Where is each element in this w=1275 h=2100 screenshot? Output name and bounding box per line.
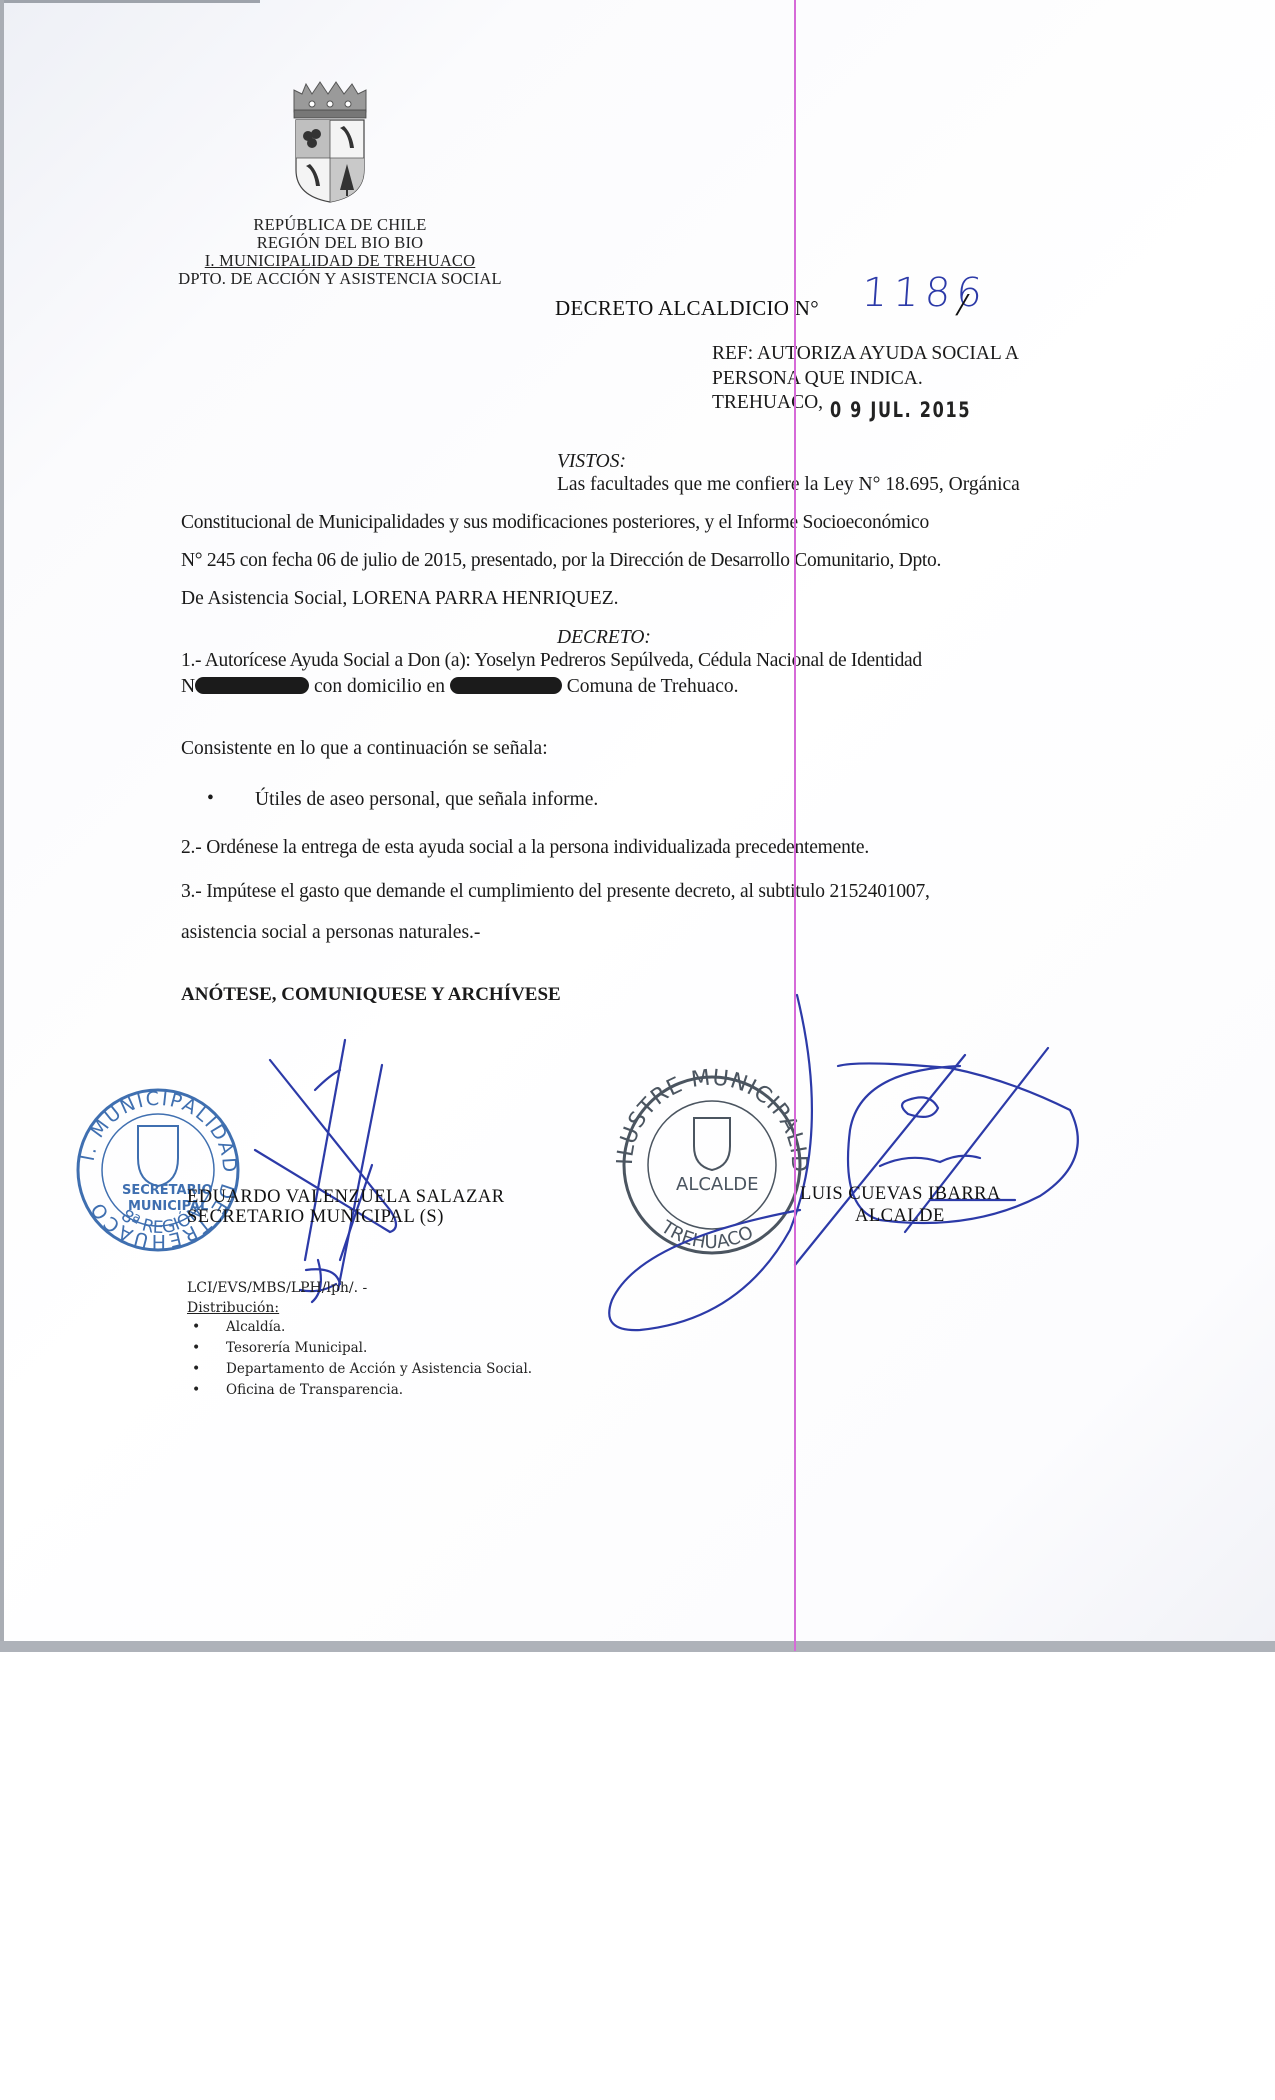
header-department: DPTO. DE ACCIÓN Y ASISTENCIA SOCIAL — [170, 270, 510, 287]
closing-text: ANÓTESE, COMUNIQUESE Y ARCHÍVESE — [181, 984, 561, 1006]
header-municipality: I. MUNICIPALIDAD DE TREHUACO — [170, 252, 510, 269]
consistente-text: Consistente en lo que a continuación se … — [181, 738, 548, 760]
secretary-role: SECRETARIO MUNICIPAL (S) — [187, 1207, 444, 1228]
bullet-dot: • — [207, 788, 214, 810]
secretary-name: EDUARDO VALENZUELA SALAZAR — [187, 1187, 505, 1208]
item-1-line-1: 1.- Autorícese Ayuda Social a Don (a): Y… — [181, 650, 922, 672]
distribution-item: Departamento de Acción y Asistencia Soci… — [226, 1361, 532, 1377]
redacted-id-number — [195, 677, 309, 694]
header-region: REGIÓN DEL BIO BIO — [170, 234, 510, 251]
address-label: con domicilio en — [309, 676, 450, 697]
decree-place: TREHUACO, — [712, 391, 823, 415]
vistos-line-3: N° 245 con fecha 06 de julio de 2015, pr… — [181, 550, 941, 572]
scan-edge-bottom — [0, 1641, 1275, 1652]
distribution-item: Oficina de Transparencia. — [226, 1382, 403, 1398]
scan-edge-top — [0, 0, 260, 3]
header-country: REPÚBLICA DE CHILE — [170, 216, 510, 233]
id-label: N — [181, 676, 195, 697]
item-1-line-2: N con domicilio en Comuna de Trehuaco. — [181, 676, 738, 698]
mayor-name: LUIS CUEVAS IBARRA — [800, 1184, 1001, 1205]
initials: LCI/EVS/MBS/LPH/lph/. - — [187, 1280, 367, 1296]
distribution-item: Tesorería Municipal. — [226, 1340, 367, 1356]
redacted-address — [450, 677, 562, 694]
scan-edge-left — [0, 0, 4, 1651]
ref-line-2: PERSONA QUE INDICA. — [712, 367, 923, 391]
decreto-heading: DECRETO: — [557, 627, 651, 649]
commune-text: Comuna de Trehuaco. — [562, 676, 739, 697]
decree-title: DECRETO ALCALDICIO N° — [555, 296, 819, 321]
ref-line-1: REF: AUTORIZA AYUDA SOCIAL A — [712, 342, 1019, 366]
vistos-heading: VISTOS: — [557, 451, 626, 473]
vistos-line-2: Constitucional de Municipalidades y sus … — [181, 512, 929, 534]
bullet-item: Útiles de aseo personal, que señala info… — [255, 789, 598, 811]
date-stamp: 0 9 JUL. 2015 — [830, 398, 971, 422]
mayor-role: ALCALDE — [855, 1206, 945, 1227]
vistos-line-1: Las facultades que me confiere la Ley N°… — [557, 474, 1020, 496]
guide-line — [794, 0, 796, 1651]
item-2: 2.- Ordénese la entrega de esta ayuda so… — [181, 837, 869, 859]
distribution-item: Alcaldía. — [226, 1319, 285, 1335]
item-3-line-1: 3.- Impútese el gasto que demande el cum… — [181, 881, 930, 903]
distribution-label: Distribución: — [187, 1300, 279, 1316]
item-3-line-2: asistencia social a personas naturales.- — [181, 922, 480, 944]
vistos-line-4: De Asistencia Social, LORENA PARRA HENRI… — [181, 588, 618, 610]
